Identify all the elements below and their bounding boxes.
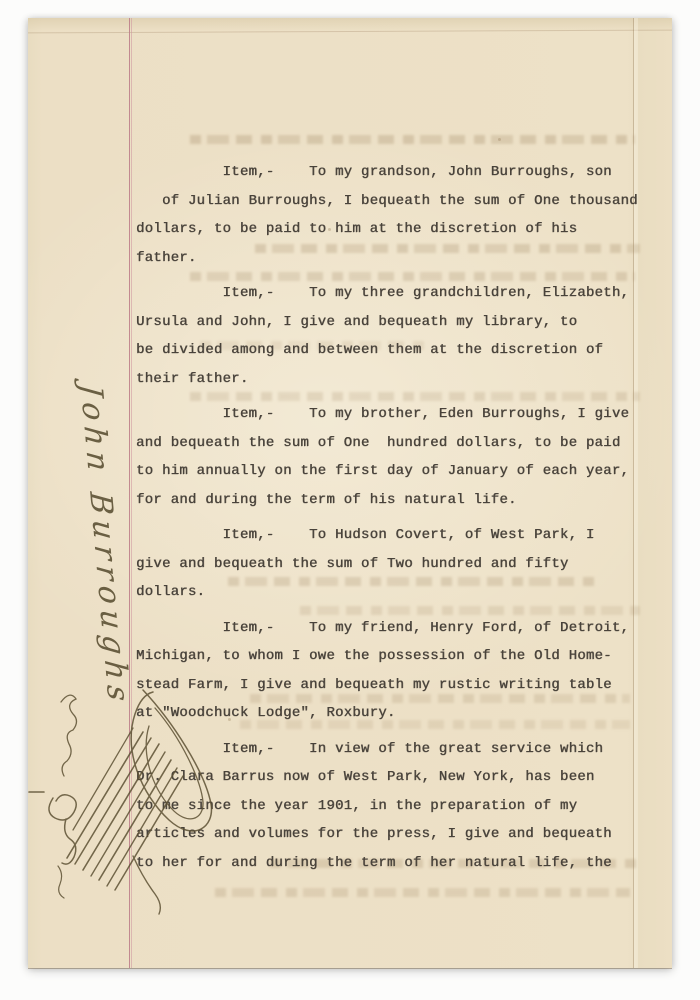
typed-line: be divided among and between them at the… bbox=[136, 336, 638, 365]
bleed-through-line bbox=[215, 888, 630, 897]
typed-paragraph: Item,- To my brother, Eden Burroughs, I … bbox=[136, 400, 638, 514]
typed-line: dollars, to be paid to him at the discre… bbox=[136, 215, 638, 244]
typed-line: Item,- To my three grandchildren, Elizab… bbox=[136, 279, 638, 308]
typed-line: and bequeath the sum of One hundred doll… bbox=[136, 429, 638, 458]
typed-line: Item,- To my friend, Henry Ford, of Detr… bbox=[136, 614, 638, 643]
typed-line: Ursula and John, I give and bequeath my … bbox=[136, 308, 638, 337]
typed-line: their father. bbox=[136, 365, 638, 394]
typed-line: of Julian Burroughs, I bequeath the sum … bbox=[136, 187, 638, 216]
typed-line: Michigan, to whom I owe the possession o… bbox=[136, 642, 638, 671]
typed-line: for and during the term of his natural l… bbox=[136, 486, 638, 515]
typed-paragraph: Item,- To Hudson Covert, of West Park, I… bbox=[136, 521, 638, 607]
typed-line: to him annually on the first day of Janu… bbox=[136, 457, 638, 486]
typed-line: Item,- To my grandson, John Burroughs, s… bbox=[136, 158, 638, 187]
bleed-through-line bbox=[190, 135, 635, 144]
signature-scribble bbox=[15, 680, 230, 920]
typed-paragraph: Item,- To my grandson, John Burroughs, s… bbox=[136, 158, 638, 272]
typed-paragraph: Item,- To my three grandchildren, Elizab… bbox=[136, 279, 638, 393]
typed-line: dollars. bbox=[136, 578, 638, 607]
typed-line: Item,- To Hudson Covert, of West Park, I bbox=[136, 521, 638, 550]
scanned-document-page: Item,- To my grandson, John Burroughs, s… bbox=[0, 0, 700, 1000]
typed-line: give and bequeath the sum of Two hundred… bbox=[136, 550, 638, 579]
typed-line: father. bbox=[136, 244, 638, 273]
typed-line: Item,- To my brother, Eden Burroughs, I … bbox=[136, 400, 638, 429]
